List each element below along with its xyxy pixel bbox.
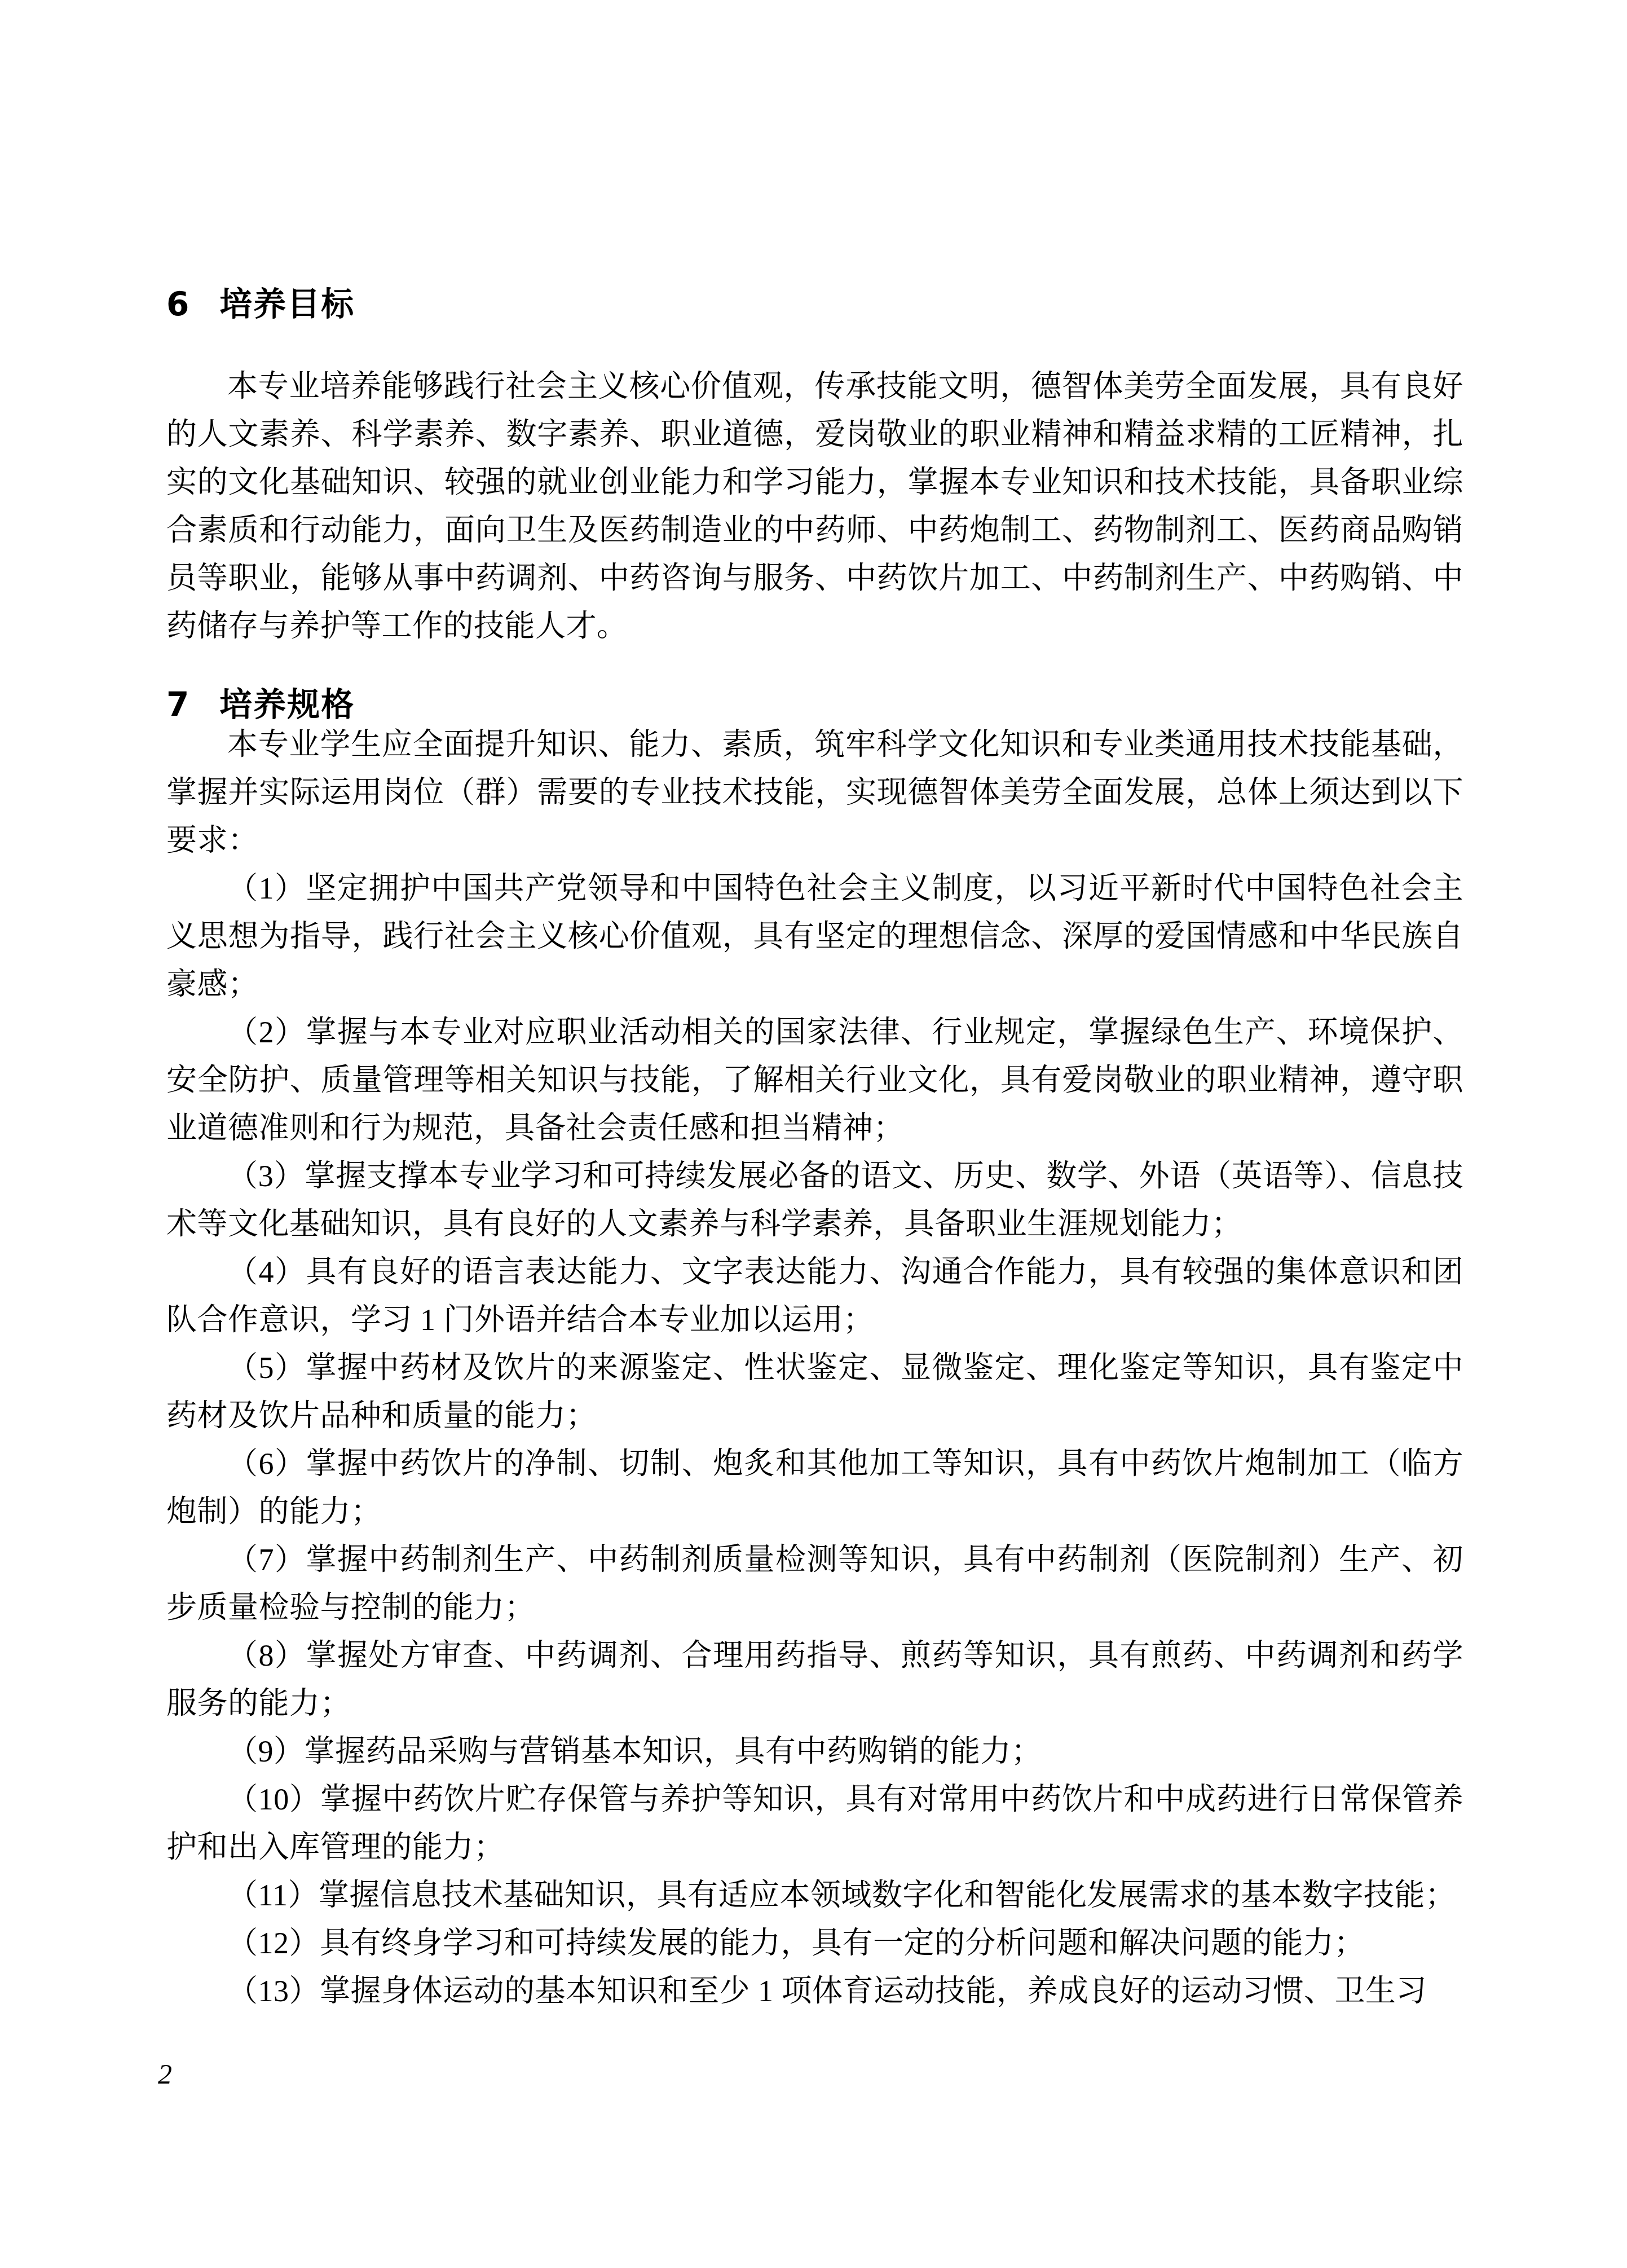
text-column: 6培养目标 本专业培养能够践行社会主义核心价值观，传承技能文明，德智体美劳全面发…	[166, 0, 1463, 2015]
paragraph-spec-item-12: （12）具有终身学习和可持续发展的能力，具有一定的分析问题和解决问题的能力；	[166, 1919, 1463, 1967]
page-number: 2	[158, 2058, 172, 2090]
paragraph-spec-item-13: （13）掌握身体运动的基本知识和至少 1 项体育运动技能，养成良好的运动习惯、卫…	[166, 1967, 1463, 2015]
paragraph-spec-item-6: （6）掌握中药饮片的净制、切制、炮炙和其他加工等知识，具有中药饮片炮制加工（临方…	[166, 1440, 1463, 1536]
section-training-objectives: 6培养目标 本专业培养能够践行社会主义核心价值观，传承技能文明，德智体美劳全面发…	[166, 288, 1463, 650]
paragraph-spec-item-1: （1）坚定拥护中国共产党领导和中国特色社会主义制度，以习近平新时代中国特色社会主…	[166, 865, 1463, 1009]
paragraph-spec-item-5: （5）掌握中药材及饮片的来源鉴定、性状鉴定、显微鉴定、理化鉴定等知识，具有鉴定中…	[166, 1344, 1463, 1440]
paragraph-spec-item-7: （7）掌握中药制剂生产、中药制剂质量检测等知识，具有中药制剂（医院制剂）生产、初…	[166, 1536, 1463, 1632]
paragraph-objectives: 本专业培养能够践行社会主义核心价值观，传承技能文明，德智体美劳全面发展，具有良好…	[166, 363, 1463, 650]
section-7-number: 7	[166, 688, 190, 721]
paragraph-spec-item-9: （9）掌握药品采购与营销基本知识，具有中药购销的能力；	[166, 1728, 1463, 1776]
paragraph-spec-item-4: （4）具有良好的语言表达能力、文字表达能力、沟通合作能力，具有较强的集体意识和团…	[166, 1248, 1463, 1344]
section-7-title: 培养规格	[219, 685, 355, 724]
paragraph-spec-item-8: （8）掌握处方审查、中药调剂、合理用药指导、煎药等知识，具有煎药、中药调剂和药学…	[166, 1632, 1463, 1728]
paragraph-spec-item-11: （11）掌握信息技术基础知识，具有适应本领域数字化和智能化发展需求的基本数字技能…	[166, 1871, 1463, 1919]
section-7-heading: 7培养规格	[166, 688, 1463, 721]
paragraph-spec-item-2: （2）掌握与本专业对应职业活动相关的国家法律、行业规定，掌握绿色生产、环境保护、…	[166, 1009, 1463, 1152]
paragraph-spec-item-10: （10）掌握中药饮片贮存保管与养护等知识，具有对常用中药饮片和中成药进行日常保管…	[166, 1776, 1463, 1871]
paragraph-spec-item-3: （3）掌握支撑本专业学习和可持续发展必备的语文、历史、数学、外语（英语等）、信息…	[166, 1152, 1463, 1248]
document-page: 6培养目标 本专业培养能够践行社会主义核心价值观，传承技能文明，德智体美劳全面发…	[0, 0, 1627, 2268]
paragraph-spec-intro: 本专业学生应全面提升知识、能力、素质，筑牢科学文化知识和专业类通用技术技能基础，…	[166, 721, 1463, 865]
section-6-number: 6	[166, 288, 190, 320]
section-6-title: 培养目标	[219, 285, 355, 323]
section-6-heading: 6培养目标	[166, 288, 1463, 320]
section-training-specifications: 7培养规格 本专业学生应全面提升知识、能力、素质，筑牢科学文化知识和专业类通用技…	[166, 688, 1463, 2015]
